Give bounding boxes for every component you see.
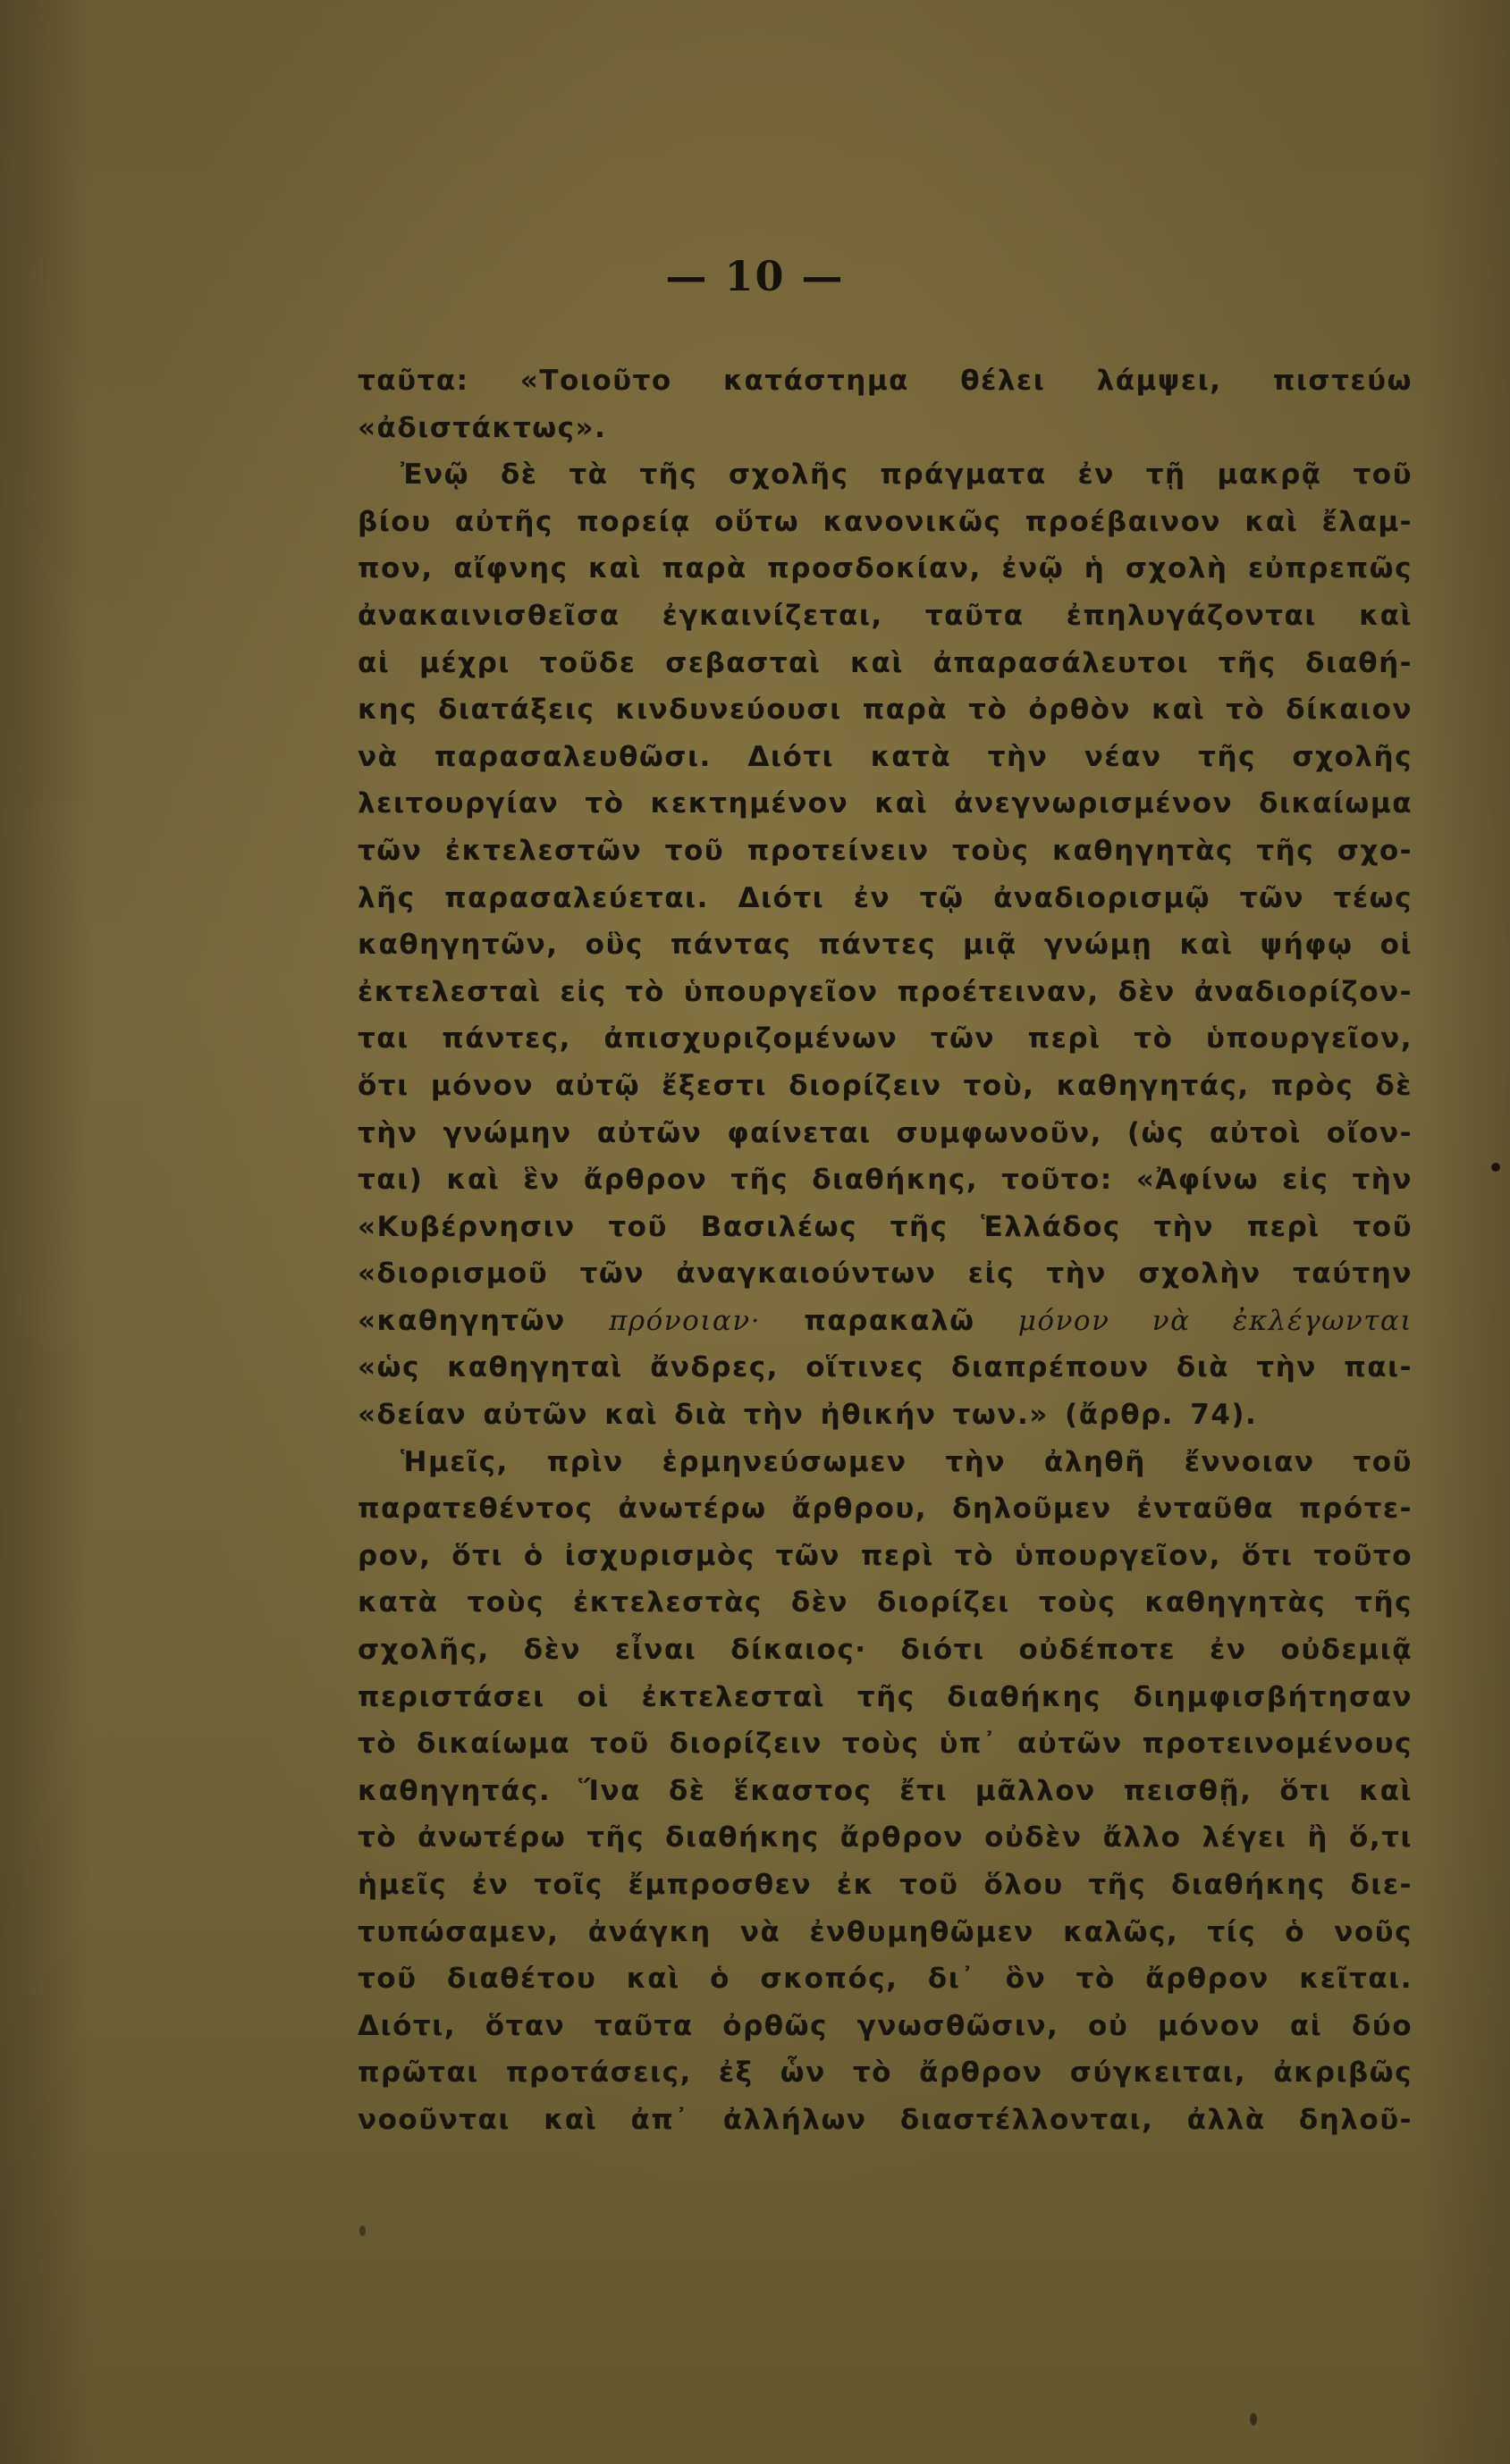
text-line: νοοῦνται καὶ ἀπ᾽ ἀλλήλων διαστέλλονται, … [358,2097,1413,2144]
text-line: τοῦ διαθέτου καὶ ὁ σκοπός, δι᾽ ὃν τὸ ἄρθ… [358,1955,1413,2003]
text-line: Διότι, ὅταν ταῦτα ὀρθῶς γνωσθῶσιν, οὐ μό… [358,2003,1413,2050]
text-line: λῆς παρασαλεύεται. Διότι ἐν τῷ ἀναδιορισ… [358,875,1413,922]
italic-emphasis: μόνον νὰ ἐκλέγωνται [1018,1305,1413,1337]
quoted-line: «Κυβέρνησιν τοῦ Βασιλέως τῆς Ἑλλάδος τὴν… [358,1204,1413,1251]
text-line: καθηγητάς. Ἵνα δὲ ἕκαστος ἔτι μᾶλλον πει… [358,1768,1413,1815]
quote-text: «καθηγητῶν [358,1305,609,1337]
text-line: ὅτι μόνον αὐτῷ ἔξεστι διορίζειν τοὺ, καθ… [358,1063,1413,1110]
text-line: καθηγητῶν, οὓς πάντας πάντες μιᾷ γνώμῃ κ… [358,921,1413,969]
italic-emphasis: πρόνοιαν· [609,1305,761,1337]
paper-speck [359,2225,366,2236]
quoted-line: «ὡς καθηγηταὶ ἄνδρες, οἵτινες διαπρέπουν… [358,1344,1413,1392]
text-line: πον, αἴφνης καὶ παρὰ προσδοκίαν, ἐνῷ ἡ σ… [358,545,1413,593]
text-line: ται) καὶ ἓν ἄρθρον τῆς διαθήκης, τοῦτο: … [358,1156,1413,1204]
text-line: «ἀδιστάκτως». [358,405,1413,452]
text-line: ται πάντες, ἀπισχυριζομένων τῶν περὶ τὸ … [358,1015,1413,1063]
text-line: τῶν ἐκτελεστῶν τοῦ προτείνειν τοὺς καθηγ… [358,828,1413,875]
text-line: κατὰ τοὺς ἐκτελεστὰς δὲν διορίζει τοὺς κ… [358,1579,1413,1627]
text-line: ἡμεῖς ἐν τοῖς ἔμπροσθεν ἐκ τοῦ ὅλου τῆς … [358,1862,1413,1909]
quoted-line: «διορισμοῦ τῶν ἀναγκαιούντων εἰς τὴν σχο… [358,1250,1413,1298]
text-line: τὸ ἀνωτέρω τῆς διαθήκης ἄρθρον οὐδὲν ἄλλ… [358,1814,1413,1862]
text-line: βίου αὐτῆς πορείᾳ οὕτω κανονικῶς προέβαι… [358,499,1413,546]
body-text: ταῦτα: «Τοιοῦτο κατάστημα θέλει λάμψει, … [358,357,1413,2144]
text-line: πρῶται προτάσεις, ἐξ ὧν τὸ ἄρθρον σύγκει… [358,2049,1413,2097]
paragraph-start-line: Ἡμεῖς, πρὶν ἑρμηνεύσωμεν τὴν ἀληθῆ ἔννοι… [358,1439,1413,1486]
text-line: τὴν γνώμην αὐτῶν φαίνεται συμφωνοῦν, (ὡς… [358,1110,1413,1157]
text-line: κης διατάξεις κινδυνεύουσι παρὰ τὸ ὀρθὸν… [358,686,1413,734]
text-line: τὸ δικαίωμα τοῦ διορίζειν τοὺς ὑπ᾽ αὐτῶν… [358,1720,1413,1768]
text-line: ἐκτελεσταὶ εἰς τὸ ὑπουργεῖον προέτειναν,… [358,969,1413,1016]
text-line: αἱ μέχρι τοῦδε σεβασταὶ καὶ ἀπαρασάλευτο… [358,640,1413,687]
text-line: λειτουργίαν τὸ κεκτημένον καὶ ἀνεγνωρισμ… [358,780,1413,828]
text-line: παρατεθέντος ἀνωτέρω ἄρθρου, δηλοῦμεν ἐν… [358,1485,1413,1533]
paper-speck [1250,2413,1257,2426]
text-line: σχολῆς, δὲν εἶναι δίκαιος· διότι οὐδέποτ… [358,1627,1413,1674]
text-line: ταῦτα: «Τοιοῦτο κατάστημα θέλει λάμψει, … [358,357,1413,405]
text-line: νὰ παρασαλευθῶσι. Διότι κατὰ τὴν νέαν τῆ… [358,734,1413,781]
quoted-line-with-italics: «καθηγητῶν πρόνοιαν· παρακαλῶ μόνον νὰ ἐ… [358,1298,1413,1345]
quote-text: παρακαλῶ [761,1305,1018,1337]
paragraph-start-line: Ἐνῷ δὲ τὰ τῆς σχολῆς πράγματα ἐν τῇ μακρ… [358,451,1413,499]
text-line: ρον, ὅτι ὁ ἰσχυρισμὸς τῶν περὶ τὸ ὑπουργ… [358,1533,1413,1580]
text-line: περιστάσει οἱ ἐκτελεσταὶ τῆς διαθήκης δι… [358,1674,1413,1721]
text-line: ἀνακαινισθεῖσα ἐγκαινίζεται, ταῦτα ἐπηλυ… [358,593,1413,640]
quoted-line: «δείαν αὐτῶν καὶ διὰ τὴν ἠθικήν των.» (ἄ… [358,1392,1413,1439]
paper-speck [1491,1163,1500,1172]
scanned-book-page: — 10 — ταῦτα: «Τοιοῦτο κατάστημα θέλει λ… [0,0,1510,2464]
text-line: τυπώσαμεν, ἀνάγκη νὰ ἐνθυμηθῶμεν καλῶς, … [358,1909,1413,1956]
page-number: — 10 — [0,252,1510,300]
